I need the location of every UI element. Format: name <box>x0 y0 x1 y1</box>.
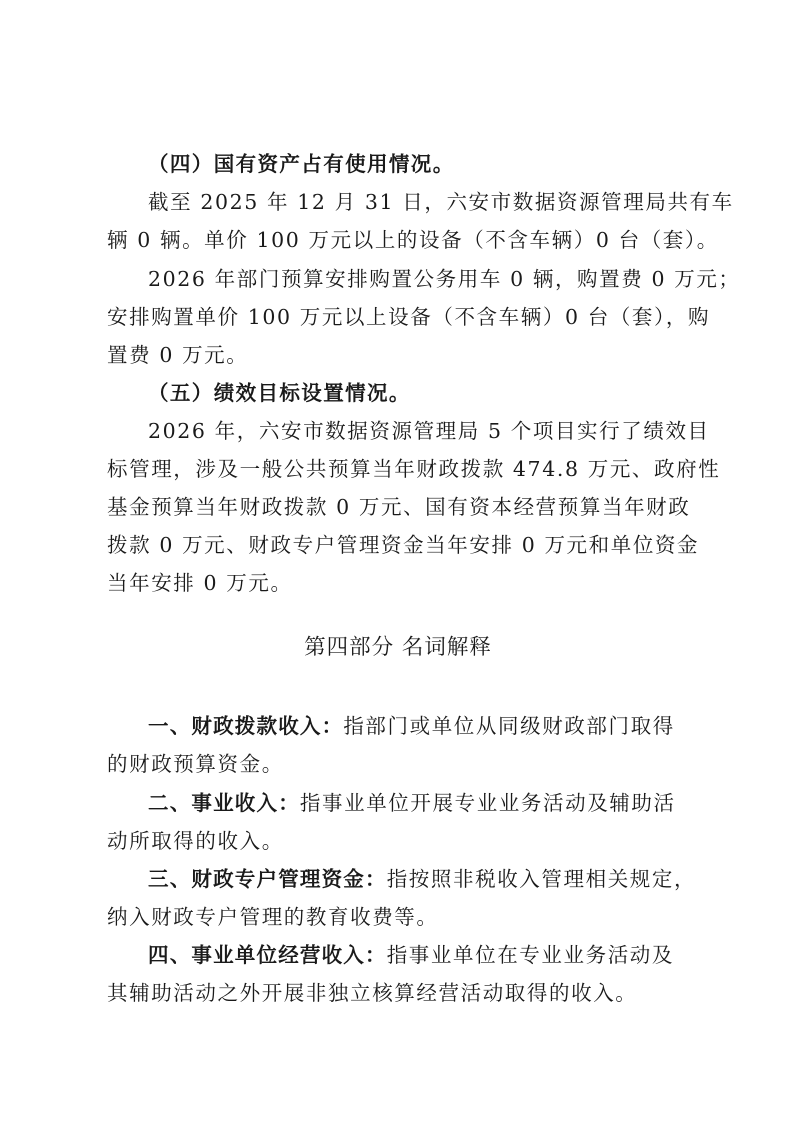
paragraph-line: 2026 年，六安市数据资源管理局 5 个项目实行了绩效目 <box>148 413 710 450</box>
paragraph-line: 置费 0 万元。 <box>107 337 248 374</box>
glossary-item: 一、财政拨款收入：指部门或单位从同级财政部门取得 <box>148 708 675 745</box>
section-title-performance: （五）绩效目标设置情况。 <box>148 375 411 412</box>
part-heading-glossary: 第四部分 名词解释 <box>107 629 689 666</box>
paragraph-line: 安排购置单价 100 万元以上设备（不含车辆）0 台（套），购 <box>107 299 710 336</box>
paragraph-line: 标管理，涉及一般公共预算当年财政拨款 474.8 万元、政府性 <box>107 451 720 488</box>
glossary-term: 四、事业单位经营收入： <box>148 943 387 967</box>
paragraph-line: 基金预算当年财政拨款 0 万元、国有资本经营预算当年财政 <box>107 489 690 526</box>
glossary-definition-line: 动所取得的收入。 <box>107 823 284 860</box>
glossary-definition: 指部门或单位从同级财政部门取得 <box>343 714 675 738</box>
glossary-definition: 指事业单位在专业业务活动及 <box>387 943 674 967</box>
paragraph-line: 当年安排 0 万元。 <box>107 565 293 602</box>
glossary-definition: 指事业单位开展专业业务活动及辅助活 <box>300 791 676 815</box>
paragraph-line: 截至 2025 年 12 月 31 日，六安市数据资源管理局共有车 <box>148 184 734 221</box>
glossary-definition-line: 纳入财政专户管理的教育收费等。 <box>107 899 439 936</box>
glossary-definition: 指按照非税收入管理相关规定， <box>387 867 696 891</box>
paragraph-line: 2026 年部门预算安排购置公务用车 0 辆，购置费 0 万元； <box>148 261 741 298</box>
glossary-item: 四、事业单位经营收入：指事业单位在专业业务活动及 <box>148 937 674 974</box>
section-title-assets: （四）国有资产占有使用情况。 <box>148 146 455 183</box>
glossary-definition-line: 的财政预算资金。 <box>107 746 284 783</box>
glossary-item: 三、财政专户管理资金：指按照非税收入管理相关规定， <box>148 861 696 898</box>
glossary-definition-line: 其辅助活动之外开展非独立核算经营活动取得的收入。 <box>107 975 637 1012</box>
glossary-item: 二、事业收入：指事业单位开展专业业务活动及辅助活 <box>148 785 676 822</box>
paragraph-line: 辆 0 辆。单价 100 万元以上的设备（不含车辆）0 台（套）。 <box>107 222 719 259</box>
glossary-term: 一、财政拨款收入： <box>148 714 343 738</box>
paragraph-line: 拨款 0 万元、财政专户管理资金当年安排 0 万元和单位资金 <box>107 527 699 564</box>
glossary-term: 二、事业收入： <box>148 791 300 815</box>
glossary-term: 三、财政专户管理资金： <box>148 867 387 891</box>
